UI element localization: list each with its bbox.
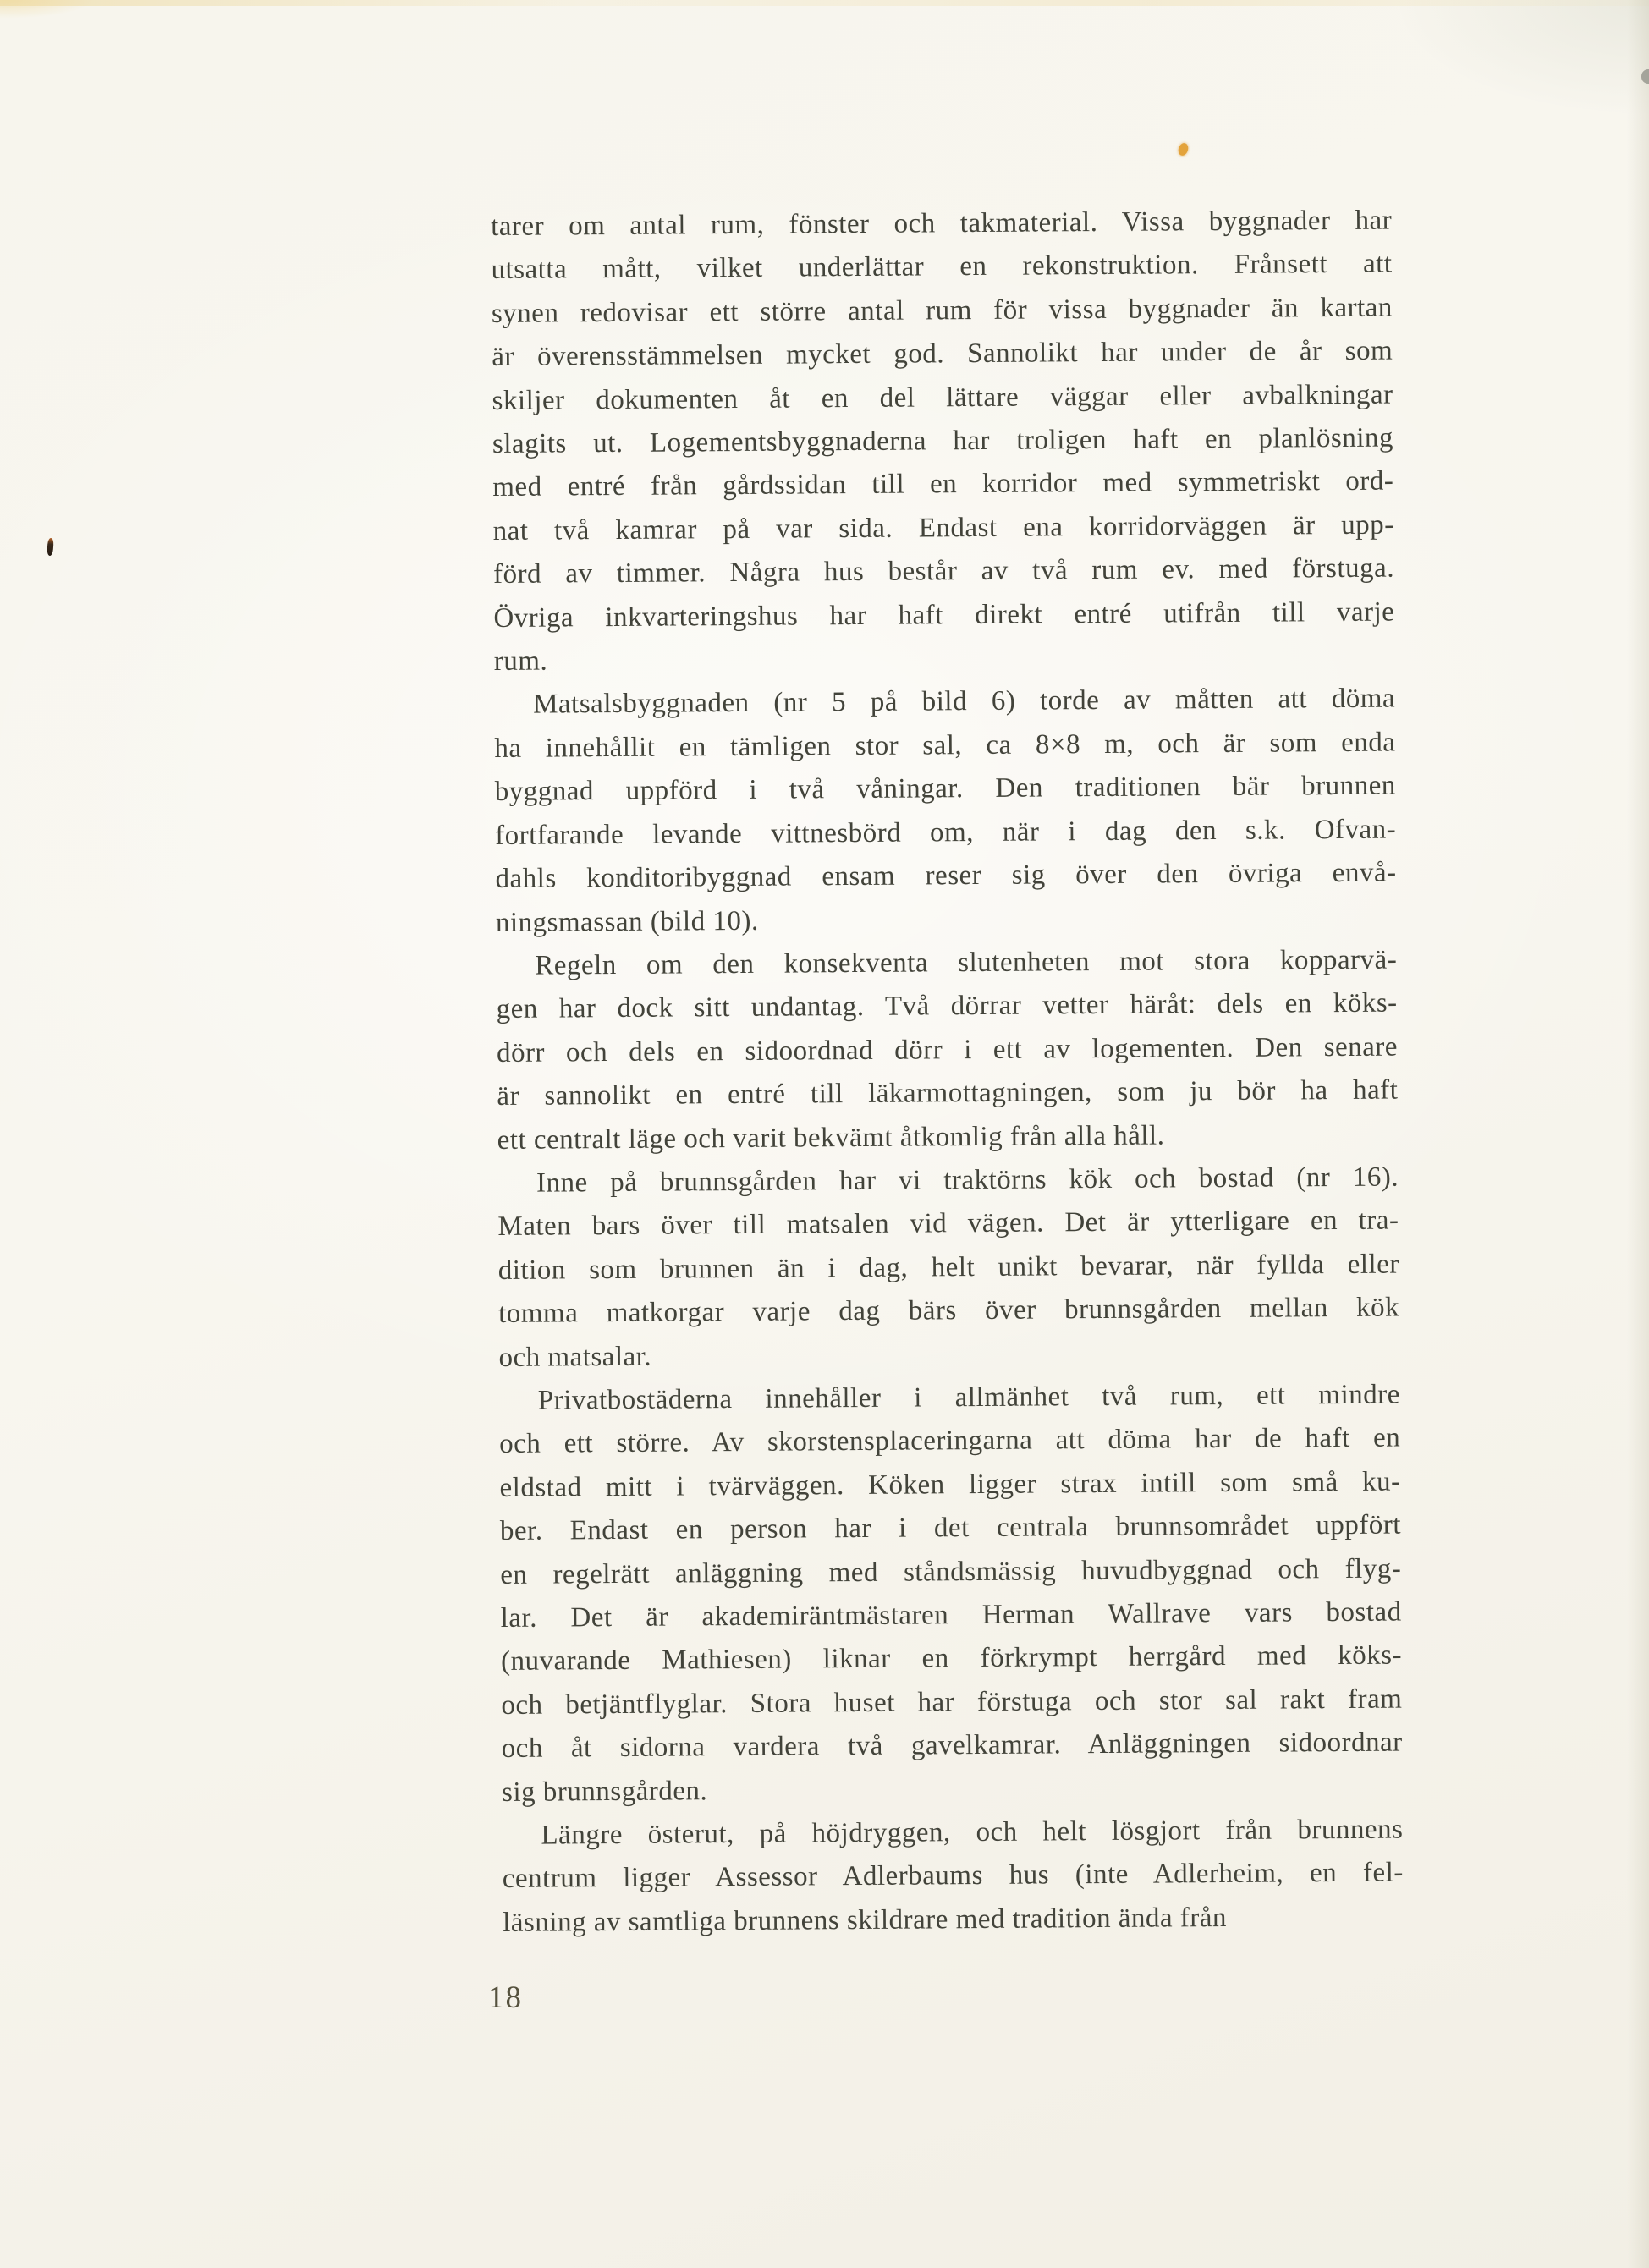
- text-line: fortfarande levande vittnesbörd om, när …: [495, 808, 1396, 858]
- page-text-block: tarer om antal rum, fönster och takmater…: [491, 200, 1404, 1946]
- text-line: läsning av samtliga brunnens skildrare m…: [503, 1895, 1404, 1945]
- text-line: tomma matkorgar varje dag bärs över brun…: [498, 1287, 1399, 1337]
- text-line: Maten bars över till matsalen vid vägen.…: [497, 1200, 1399, 1249]
- text-line: dition som brunnen än i dag, helt unikt …: [498, 1243, 1399, 1293]
- text-line: är överensstämmelsen mycket god. Sannoli…: [492, 330, 1393, 380]
- text-line: rum.: [494, 634, 1395, 684]
- text-line: centrum ligger Assessor Adlerbaums hus (…: [503, 1852, 1404, 1902]
- text-line: ett centralt läge och varit bekvämt åtko…: [497, 1112, 1399, 1162]
- text-line: och åt sidorna vardera två gavelkamrar. …: [502, 1722, 1403, 1771]
- text-line: dahls konditoribyggnad ensam reser sig ö…: [495, 852, 1396, 902]
- scan-top-edge-artifact: [0, 0, 1649, 6]
- text-line: eldstad mitt i tvärväggen. Köken ligger …: [499, 1460, 1400, 1510]
- text-line: och matsalar.: [498, 1330, 1399, 1380]
- text-line: ber. Endast en person har i det centrala…: [500, 1504, 1401, 1554]
- text-line: Inne på brunnsgården har vi traktörns kö…: [497, 1156, 1399, 1205]
- scan-right-edge-shadow: [1627, 0, 1649, 2268]
- yellow-ink-dot-artifact: [1177, 142, 1190, 157]
- text-line: Matsalsbyggnaden (nr 5 på bild 6) torde …: [494, 678, 1395, 728]
- text-line: med entré från gårdssidan till en korrid…: [492, 460, 1393, 510]
- text-line: skiljer dokumenten åt en del lättare väg…: [492, 373, 1393, 423]
- text-line: (nuvarande Mathiesen) liknar en förkrymp…: [501, 1634, 1402, 1684]
- text-line: är sannolikt en entré till läkarmottagni…: [497, 1069, 1398, 1119]
- page-number: 18: [488, 1980, 523, 2016]
- text-line: gen har dock sitt undantag. Två dörrar v…: [496, 982, 1397, 1032]
- margin-ink-speck-artifact: [47, 538, 53, 556]
- text-line: Privatbostäderna innehåller i allmänhet …: [499, 1373, 1400, 1423]
- text-line: utsatta mått, vilket underlättar en reko…: [491, 243, 1392, 293]
- text-line: och ett större. Av skorstensplaceringarn…: [499, 1417, 1400, 1467]
- text-line: byggnad uppförd i två våningar. Den trad…: [495, 765, 1396, 815]
- text-line: sig brunnsgården.: [502, 1765, 1403, 1815]
- text-line: Längre österut, på höjdryggen, och helt …: [502, 1809, 1403, 1859]
- text-line: dörr och dels en sidoordnad dörr i ett a…: [497, 1025, 1398, 1075]
- text-line: synen redovisar ett större antal rum för…: [492, 286, 1393, 336]
- right-edge-speck-artifact: [1641, 69, 1649, 84]
- text-line: förd av timmer. Några hus består av två …: [493, 547, 1394, 597]
- text-line: nat två kamrar på var sida. Endast ena k…: [493, 503, 1394, 553]
- text-line: lar. Det är akademiräntmästaren Herman W…: [500, 1591, 1401, 1641]
- text-line: och betjäntflyglar. Stora huset har förs…: [501, 1678, 1402, 1727]
- text-line: ningsmassan (bild 10).: [496, 895, 1397, 945]
- text-line: en regelrätt anläggning med ståndsmässig…: [500, 1547, 1401, 1597]
- text-line: Övriga inkvarteringshus har haft direkt …: [493, 590, 1394, 640]
- book-page: tarer om antal rum, fönster och takmater…: [0, 0, 1649, 2268]
- text-line: Regeln om den konsekventa slutenheten mo…: [496, 938, 1397, 988]
- text-line: slagits ut. Logementsbyggnaderna har tro…: [492, 417, 1393, 467]
- scan-corner-blot-artifact: [0, 0, 93, 19]
- text-line: ha innehållit en tämligen stor sal, ca 8…: [494, 721, 1395, 771]
- text-line: tarer om antal rum, fönster och takmater…: [491, 200, 1392, 250]
